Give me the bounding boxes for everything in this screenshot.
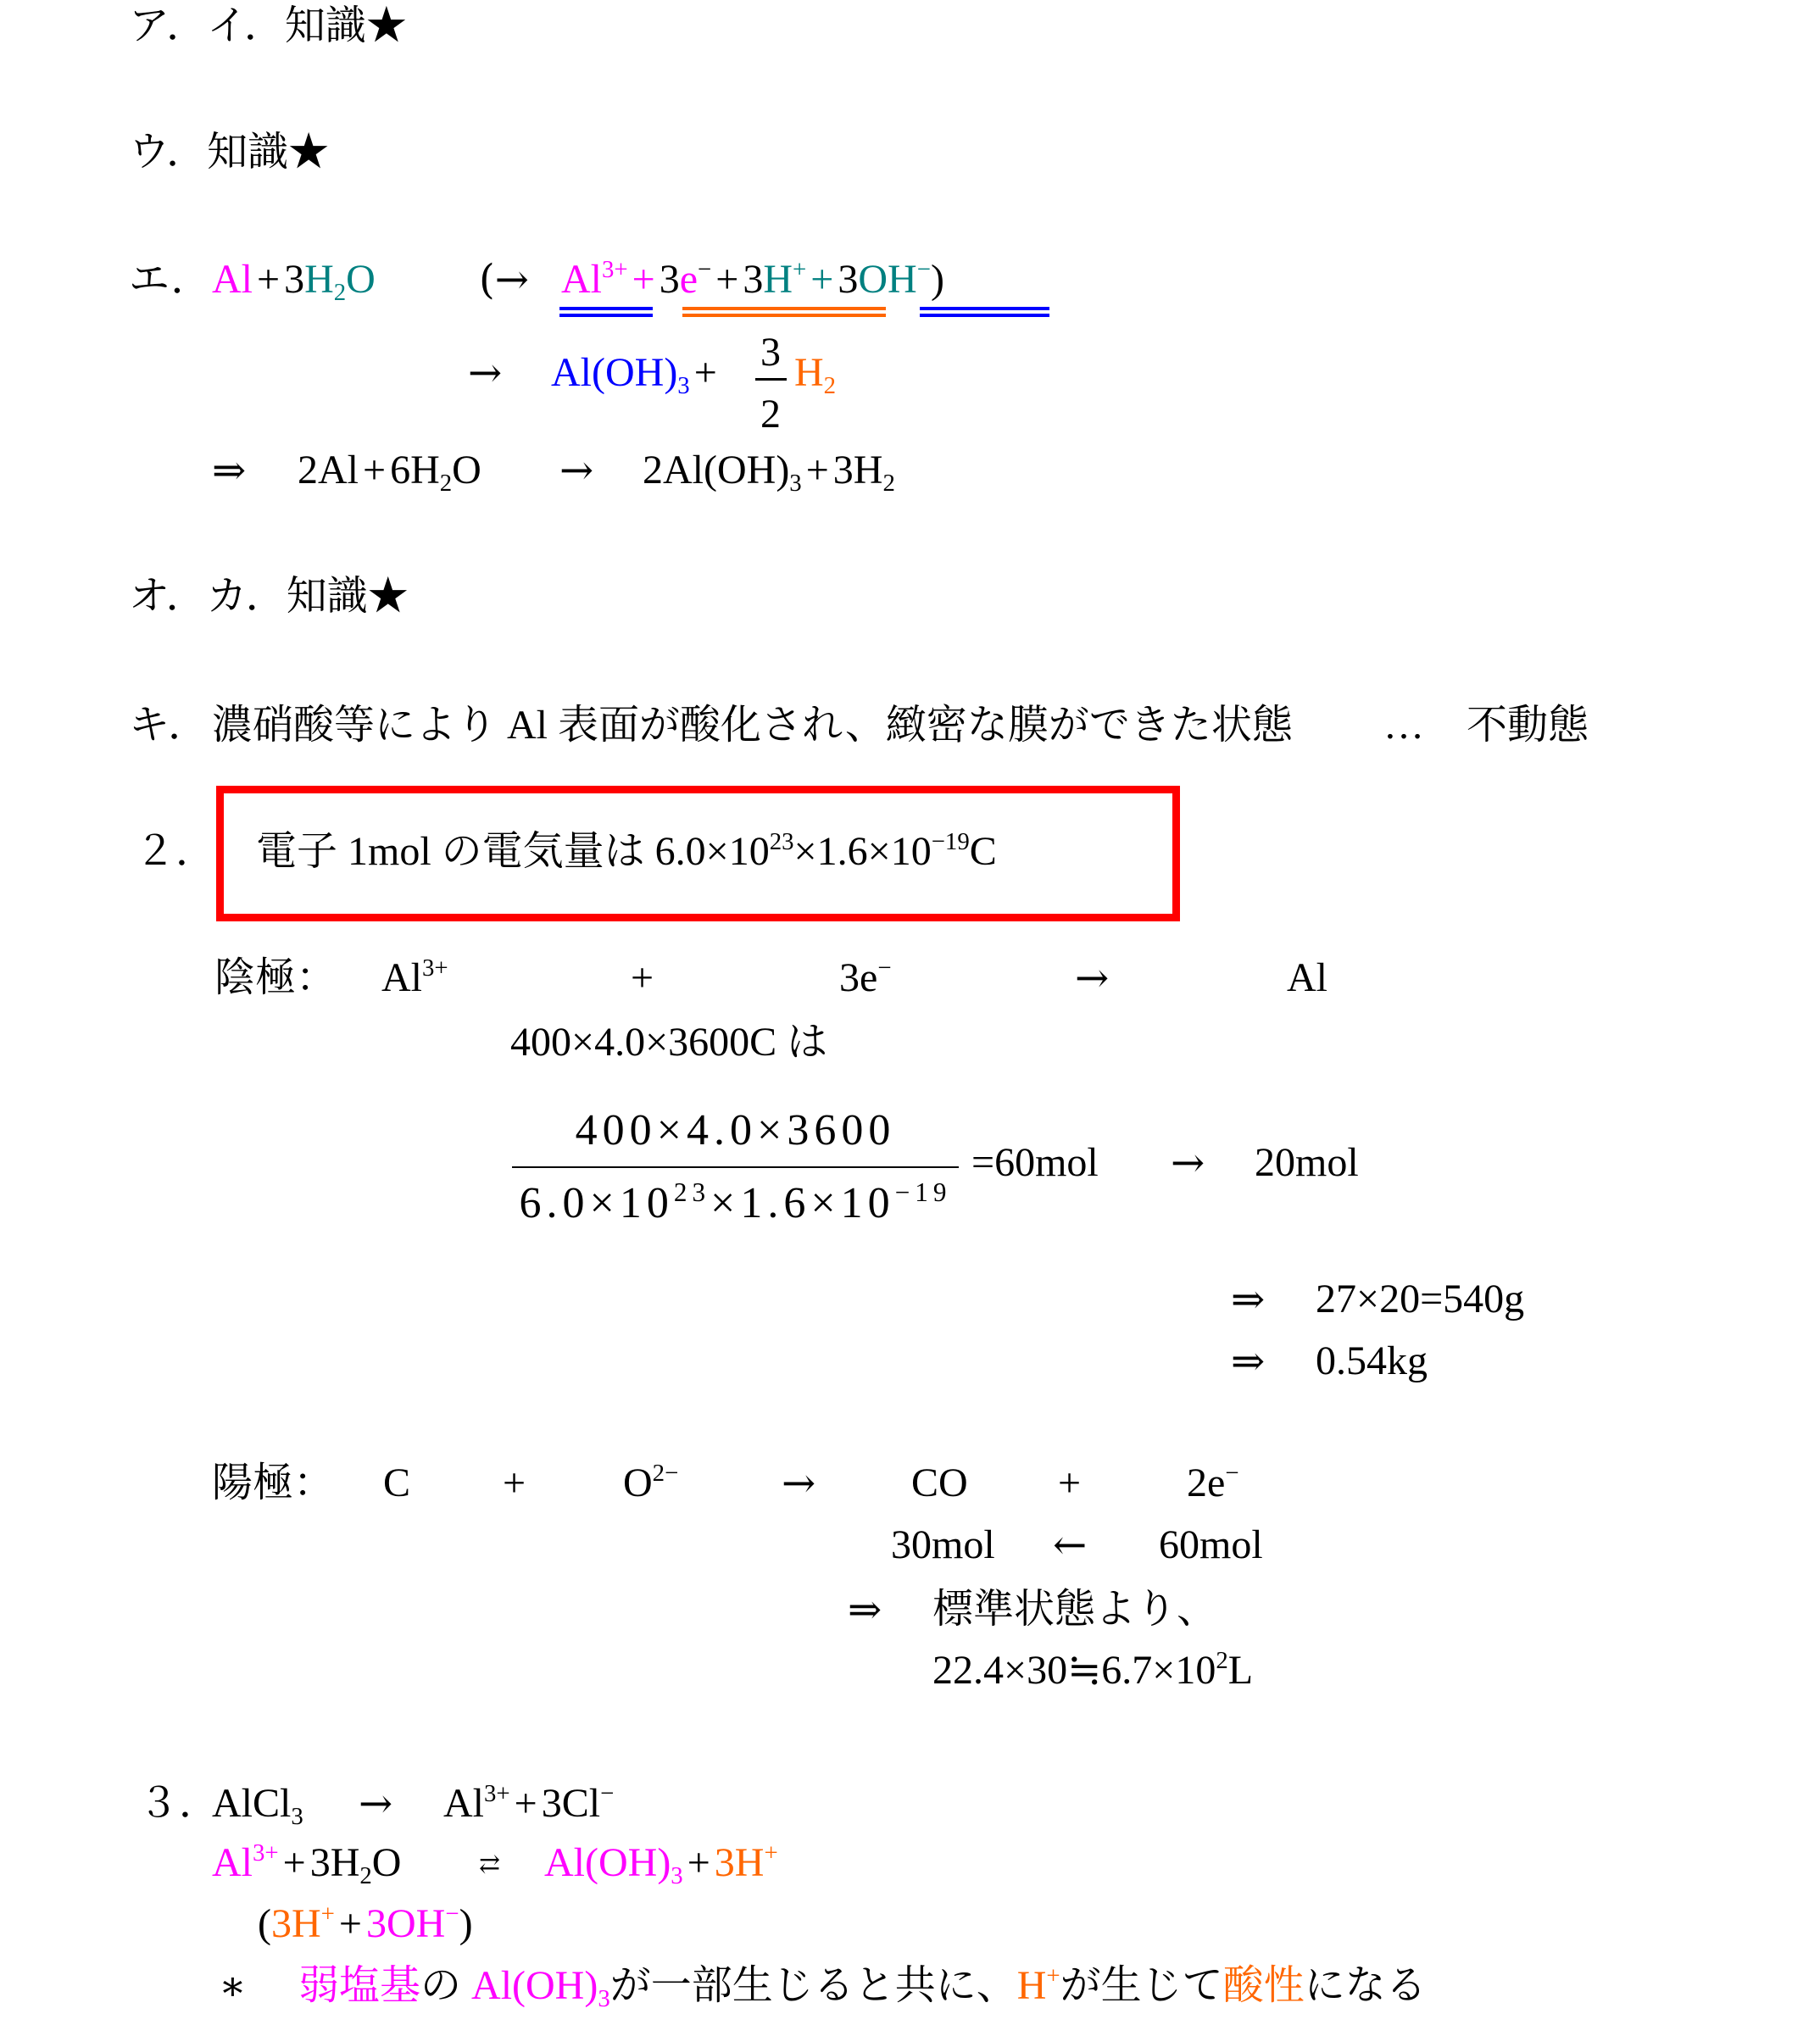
formula-segment: Al — [212, 1840, 253, 1885]
formula-segment: Al — [443, 1781, 484, 1826]
formula-segment: 22.4×30≒6.7×10 — [932, 1648, 1216, 1693]
formula-segment: − — [917, 256, 931, 283]
product-arrow: → — [468, 348, 502, 398]
formula-segment: + — [632, 257, 655, 302]
formula-segment: 2 — [882, 470, 894, 497]
mass-grams: 27×20=540g — [1316, 1274, 1524, 1325]
cathode-al-ion: Al3+ — [381, 953, 448, 1004]
cathode-arrow: → — [1075, 953, 1109, 1004]
formula-segment: 3H — [833, 448, 883, 492]
formula-segment: になる — [1305, 1963, 1427, 2008]
formula-segment: + — [283, 1840, 306, 1885]
dissociation-lhs: AlCl3 — [212, 1778, 303, 1829]
anode-label: 陽極： — [212, 1458, 334, 1509]
implies-symbol: ⇒ — [1231, 1336, 1265, 1387]
formula-segment: 23 — [770, 828, 794, 855]
formula-segment: OH — [858, 257, 916, 302]
double-underline-al-ion — [559, 307, 653, 317]
formula-segment: 3+ — [422, 954, 448, 982]
formula-segment: H — [794, 350, 824, 395]
mol-fraction-bar — [512, 1166, 959, 1168]
reaction-lhs-formula: Al+3H2O — [212, 254, 376, 305]
formula-segment: ×1.6×10 — [794, 829, 932, 874]
formula-segment: + — [321, 1900, 335, 1928]
anode-plus: + — [503, 1458, 526, 1509]
cathode-plus: + — [631, 953, 654, 1004]
formula-segment: O — [452, 448, 481, 492]
anode-plus: + — [1058, 1458, 1081, 1509]
ionization-ions-formula: Al3++3e−+3H++3OH−) — [561, 254, 944, 305]
formula-segment: + — [793, 256, 806, 283]
formula-segment: − — [445, 1900, 459, 1928]
formula-segment: + — [694, 350, 717, 395]
answer-ki-label: キ． — [129, 700, 209, 751]
formula-segment: Al(OH) — [471, 1963, 598, 2008]
formula-segment: 3 — [598, 1985, 609, 2012]
formula-segment: 3H — [271, 1901, 321, 1946]
formula-segment: −19 — [932, 828, 970, 855]
formula-segment: Al(OH) — [551, 350, 677, 395]
formula-segment: Al(OH) — [544, 1840, 671, 1885]
formula-segment: 2 — [334, 279, 346, 306]
formula-segment: − — [877, 954, 891, 982]
answer-c: ウ．知識★ — [129, 127, 329, 178]
formula-segment: L — [1228, 1648, 1253, 1693]
formula-segment: 2 — [1216, 1647, 1227, 1674]
formula-segment: ×1.6×10 — [710, 1179, 895, 1227]
fraction-denominator: 2 — [750, 389, 791, 440]
formula-segment: 6.0×10 — [520, 1179, 674, 1227]
question-3-label: ３． — [138, 1778, 220, 1829]
formula-segment: 3Cl — [542, 1781, 600, 1826]
formula-segment: 2 — [440, 470, 452, 497]
formula-segment: 2− — [653, 1460, 679, 1487]
equilibrium-arrow-icon: ⇄ — [479, 1839, 500, 1890]
formula-segment: 6H — [390, 448, 440, 492]
formula-segment: + — [257, 257, 280, 302]
formula-segment: O — [346, 257, 376, 302]
cathode-electrons: 3e− — [839, 953, 892, 1004]
ionization-open-arrow: (→ — [479, 254, 529, 305]
formula-segment: ) — [931, 257, 944, 302]
cathode-product: Al — [1287, 953, 1327, 1004]
formula-segment: 3 — [660, 257, 680, 302]
formula-segment: 2Al(OH) — [643, 448, 789, 492]
anode-carbon: C — [383, 1458, 410, 1509]
formula-segment: + — [363, 448, 386, 492]
formula-segment: + — [810, 257, 833, 302]
formula-segment: + — [515, 1781, 537, 1826]
acidity-note: 弱塩基の Al(OH)3が一部生じると共に、H+が生じて酸性になる — [298, 1961, 1427, 2011]
formula-segment: 3 — [291, 1803, 303, 1830]
answer-a-b: ア．イ．知識★ — [129, 1, 407, 52]
formula-segment: AlCl — [212, 1781, 291, 1826]
cathode-label: 陰極： — [214, 953, 337, 1004]
formula-segment: が一部生じると共に、 — [610, 1963, 1017, 2008]
charge-amount: 400×4.0×3600C は — [510, 1017, 827, 1068]
formula-segment: Al — [561, 257, 602, 302]
dissociation-arrow: → — [359, 1778, 392, 1829]
mol-fraction-numerator: 400×4.0×3600 — [512, 1105, 959, 1156]
total-reaction-rhs: 2Al(OH)3+3H2 — [643, 445, 895, 496]
implies-symbol: ⇒ — [1231, 1274, 1265, 1325]
answer-ki-term: 不動態 — [1467, 700, 1589, 751]
mass-kilograms: 0.54kg — [1316, 1336, 1428, 1387]
double-underline-electron-proton — [682, 307, 886, 317]
anode-arrow: → — [782, 1458, 815, 1509]
formula-segment: 3 — [743, 257, 763, 302]
boxed-faraday-note: 電子 1mol の電気量は 6.0×1023×1.6×10−19C — [256, 826, 997, 877]
formula-segment: H — [763, 257, 793, 302]
formula-segment: 酸性 — [1223, 1963, 1305, 2008]
formula-segment: −19 — [895, 1177, 952, 1207]
dissociation-rhs: Al3++3Cl− — [443, 1778, 614, 1829]
formula-segment: 2 — [824, 372, 836, 399]
formula-segment: 3e — [839, 955, 877, 1000]
formula-segment: + — [715, 257, 738, 302]
answer-e-label: エ． — [129, 254, 211, 305]
formula-segment: H — [1017, 1963, 1047, 2008]
formula-segment: 3+ — [484, 1780, 510, 1807]
total-reaction-arrow: → — [559, 445, 593, 496]
formula-segment: 3 — [284, 257, 304, 302]
formula-segment: 3 — [838, 257, 858, 302]
co-mol: 30mol — [891, 1520, 995, 1571]
formula-segment: − — [1225, 1460, 1238, 1487]
formula-segment: + — [806, 448, 829, 492]
formula-segment: 2Al — [298, 448, 359, 492]
formula-segment: ) — [459, 1901, 473, 1946]
formula-segment: Al — [212, 257, 253, 302]
formula-segment: 23 — [674, 1177, 710, 1207]
anode-oxide-ion: O2− — [623, 1458, 678, 1509]
product-hydrogen: H2 — [794, 348, 836, 398]
formula-segment: + — [339, 1901, 362, 1946]
electron-mol: 60mol — [1159, 1520, 1263, 1571]
formula-segment: + — [764, 1839, 777, 1866]
mol-fraction-denominator: 6.0×1023×1.6×10−19 — [512, 1178, 959, 1229]
formula-segment: 弱塩基 — [298, 1963, 420, 2008]
anode-electrons: 2e− — [1187, 1458, 1239, 1509]
fraction-numerator: 3 — [750, 327, 791, 378]
water-ions: (3H++3OH−) — [258, 1899, 473, 1950]
formula-segment: 3H — [310, 1840, 360, 1885]
formula-segment: O — [623, 1460, 653, 1505]
formula-segment: 3 — [677, 372, 689, 399]
ellipsis: … — [1383, 700, 1424, 751]
double-underline-hydroxide — [920, 307, 1049, 317]
formula-segment: 2e — [1187, 1460, 1225, 1505]
implies-symbol: ⇒ — [848, 1584, 882, 1635]
formula-segment: 3 — [789, 470, 801, 497]
formula-segment: C — [970, 829, 997, 874]
al-mol-result: 20mol — [1255, 1138, 1359, 1188]
formula-segment: ( — [258, 1901, 271, 1946]
formula-segment: 3OH — [366, 1901, 445, 1946]
formula-segment: 3H — [715, 1840, 765, 1885]
formula-segment: O — [372, 1840, 402, 1885]
fraction-bar — [755, 378, 787, 381]
formula-segment: の — [420, 1963, 471, 2008]
formula-segment: e — [680, 257, 698, 302]
implies-symbol: ⇒ — [212, 445, 246, 496]
left-arrow: ← — [1053, 1520, 1087, 1571]
result-arrow: → — [1171, 1138, 1205, 1188]
total-reaction-lhs: 2Al+6H2O — [298, 445, 481, 496]
formula-segment: + — [687, 1840, 710, 1885]
formula-segment: + — [1046, 1962, 1060, 1989]
formula-segment: 電子 1mol の電気量は 6.0×10 — [256, 829, 770, 874]
gas-volume: 22.4×30≒6.7×102L — [932, 1645, 1253, 1696]
formula-segment: − — [698, 256, 711, 283]
answer-o-ka: オ．カ．知識★ — [129, 571, 409, 622]
formula-segment: Al — [381, 955, 422, 1000]
standard-conditions-text: 標準状態より、 — [932, 1584, 1217, 1635]
hydrolysis-lhs: Al3++3H2O — [212, 1838, 401, 1889]
question-2-label: ２． — [135, 826, 216, 877]
product-aluminum-hydroxide: Al(OH)3+ — [551, 348, 721, 398]
formula-segment: H — [304, 257, 334, 302]
formula-segment: 3+ — [602, 256, 628, 283]
hydrolysis-rhs: Al(OH)3+3H+ — [544, 1838, 778, 1889]
anode-co: CO — [911, 1458, 968, 1509]
answer-ki-description: 濃硝酸等により Al 表面が酸化され、緻密な膜ができた状態 — [212, 700, 1293, 751]
asterisk-bullet: ∗ — [219, 1961, 247, 2011]
formula-segment: 3+ — [253, 1839, 279, 1866]
electron-mol-result: =60mol — [971, 1138, 1099, 1188]
formula-segment: 3 — [671, 1862, 682, 1889]
formula-segment: 2 — [359, 1862, 371, 1889]
formula-segment: が生じて — [1060, 1963, 1223, 2008]
formula-segment: − — [600, 1780, 614, 1807]
